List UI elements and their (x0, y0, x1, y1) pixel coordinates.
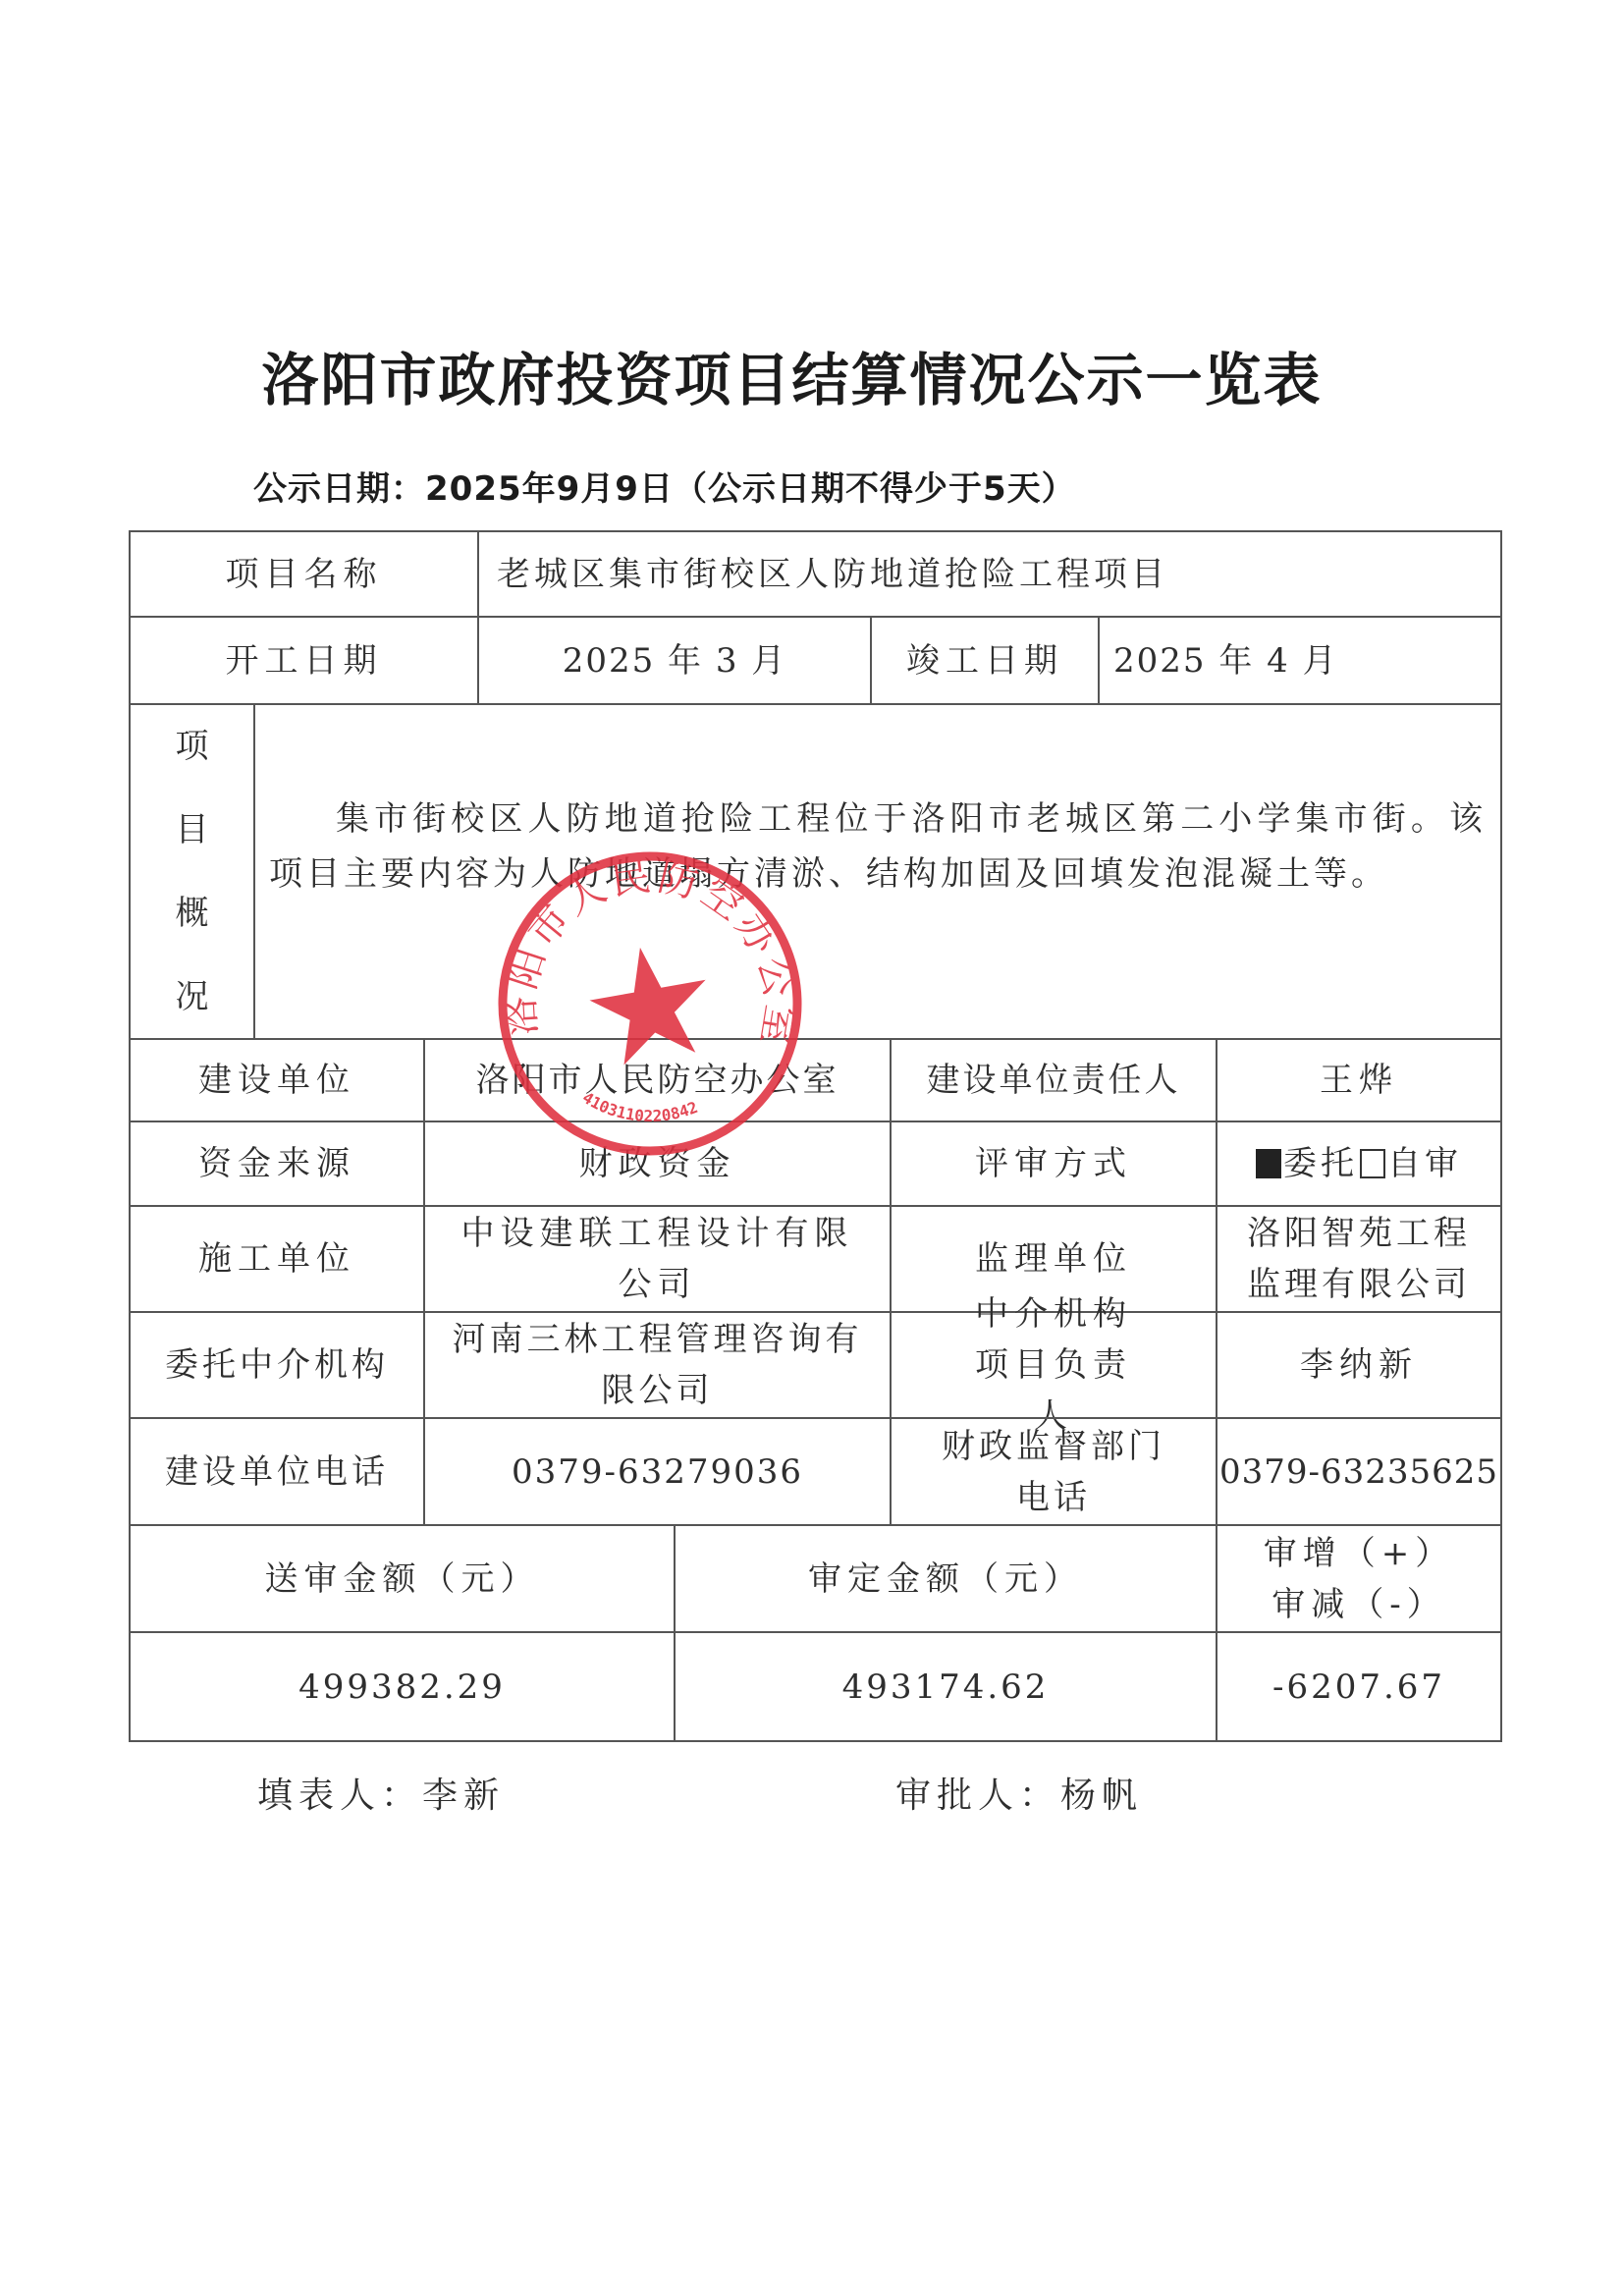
unchecked-box-icon[interactable] (1360, 1149, 1385, 1178)
builder-phone-label: 建设单位电话 (129, 1417, 425, 1526)
settlement-table: 项目名称 老城区集市街校区人防地道抢险工程项目 开工日期 2025 年 3 月 … (129, 530, 1502, 1742)
agency-manager-label: 中介机构项目负责人 (890, 1311, 1217, 1419)
publish-date: 公示日期：2025年9月9日（公示日期不得少于5天） (253, 462, 1076, 510)
builder-manager-label: 建设单位责任人 (890, 1038, 1217, 1122)
builder-phone: 0379-63279036 (423, 1417, 892, 1526)
overview-label-char: 况 (176, 956, 209, 1039)
end-date-label: 竣工日期 (870, 616, 1100, 705)
agency-label: 委托中介机构 (129, 1311, 425, 1419)
fund-source: 财政资金 (423, 1121, 892, 1207)
diff-label: 审增（+） 审减（-） (1216, 1524, 1502, 1633)
filler: 填表人：李新 (257, 1768, 505, 1818)
end-date: 2025 年 4 月 (1098, 616, 1502, 705)
diff-label-decrease: 审减（-） (1271, 1579, 1446, 1630)
submitted-amount: 499382.29 (129, 1631, 676, 1742)
diff-amount: -6207.67 (1216, 1631, 1502, 1742)
review-method: 委托自审 (1216, 1121, 1502, 1207)
overview-label: 项 目 概 况 (129, 703, 255, 1040)
project-name: 老城区集市街校区人防地道抢险工程项目 (477, 530, 1502, 618)
fund-source-label: 资金来源 (129, 1121, 425, 1207)
builder-label: 建设单位 (129, 1038, 425, 1122)
review-option-entrust: 委托 (1283, 1138, 1358, 1189)
builder-manager: 王烨 (1216, 1038, 1502, 1122)
submitted-amount-label: 送审金额（元） (129, 1524, 676, 1633)
agency: 河南三林工程管理咨询有限公司 (423, 1311, 892, 1419)
project-name-label: 项目名称 (129, 530, 479, 618)
start-date-label: 开工日期 (129, 616, 479, 705)
overview-label-char: 概 (176, 872, 209, 956)
finance-phone-label: 财政监督部门电话 (890, 1417, 1217, 1526)
review-option-self: 自审 (1387, 1138, 1462, 1189)
checked-box-icon[interactable] (1256, 1149, 1281, 1178)
contractor: 中设建联工程设计有限公司 (423, 1205, 892, 1313)
supervisor: 洛阳智苑工程监理有限公司 (1216, 1205, 1502, 1313)
approved-amount-label: 审定金额（元） (674, 1524, 1217, 1633)
overview-content: 集市街校区人防地道抢险工程位于洛阳市老城区第二小学集市街。该项目主要内容为人防地… (253, 703, 1502, 1040)
overview-label-char: 项 (176, 705, 209, 789)
diff-label-increase: 审增（+） (1264, 1528, 1455, 1579)
builder: 洛阳市人民防空办公室 (423, 1038, 892, 1122)
agency-manager: 李纳新 (1216, 1311, 1502, 1419)
approver: 审批人：杨帆 (895, 1768, 1143, 1818)
page-title: 洛阳市政府投资项目结算情况公示一览表 (0, 334, 1603, 416)
review-method-label: 评审方式 (890, 1121, 1217, 1207)
contractor-label: 施工单位 (129, 1205, 425, 1313)
approved-amount: 493174.62 (674, 1631, 1217, 1742)
start-date: 2025 年 3 月 (477, 616, 872, 705)
finance-phone: 0379-63235625 (1216, 1417, 1502, 1526)
overview-label-char: 目 (176, 789, 209, 872)
overview-text: 集市街校区人防地道抢险工程位于洛阳市老城区第二小学集市街。该项目主要内容为人防地… (269, 792, 1487, 902)
